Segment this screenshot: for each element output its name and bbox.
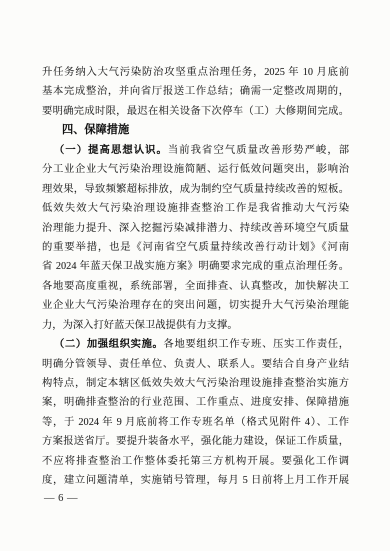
text-line: 治理能力提升、深入挖掘污染减排潜力、持续改善环境空气质量 xyxy=(42,219,349,238)
text-line: 省 2024 年蓝天保卫战实施方案》明确要求完成的重点治理任务。 xyxy=(42,257,349,276)
text-line: 构特点，制定本辖区低效失效大气污染治理设施排查整治实施方 xyxy=(42,374,349,393)
text-line: （二）加强组织实施。各地要组织工作专班、压实工作责任， xyxy=(42,335,349,354)
text-line: 基本完成整治，并向省厅报送工作总结；确需一定整改周期的， xyxy=(42,82,349,101)
text-line: 度，建立问题清单，实施销号管理，每月 5 日前将上月工作开展 xyxy=(42,471,349,490)
text-line: 各地要高度重视，系统部署，全面排查、认真整改，加快解决工 xyxy=(42,277,349,296)
text-line: 升任务纳入大气污染防治攻坚重点治理任务，2025 年 10 月底前 xyxy=(42,63,349,82)
document-body: 升任务纳入大气污染防治攻坚重点治理任务，2025 年 10 月底前基本完成整治，… xyxy=(42,63,349,491)
text-line: 力，为深入打好蓝天保卫战提供有力支撑。 xyxy=(42,316,349,335)
text-line: 业企业大气污染治理存在的突出问题，切实提升大气污染治理能 xyxy=(42,296,349,315)
text-line: （一）提高思想认识。当前我省空气质量改善形势严峻，部 xyxy=(42,141,349,160)
text-line: 方案报送省厅。要提升装备水平，强化能力建设，保证工作质量， xyxy=(42,432,349,451)
text-line: 不应将排查整治工作整体委托第三方机构开展。要强化工作调 xyxy=(42,452,349,471)
run-in-heading: （一）提高思想认识。 xyxy=(54,145,168,156)
text-line: 的重要举措，也是《河南省空气质量持续改善行动计划》《河南 xyxy=(42,238,349,257)
text-line: 明确分管领导、责任单位、负责人、联系人。要结合自身产业结 xyxy=(42,355,349,374)
text-line: 案，明确排查整治的行业范围、工作重点、进度安排、保障措施 xyxy=(42,393,349,412)
document-page: 升任务纳入大气污染防治攻坚重点治理任务，2025 年 10 月底前基本完成整治，… xyxy=(0,0,390,551)
text-line: 分工业企业大气污染治理设施简陋、运行低效问题突出，影响治 xyxy=(42,160,349,179)
section-heading: 四、保障措施 xyxy=(42,121,349,140)
text-line: 低效失效大气污染治理设施排查整治工作是我省推动大气污染 xyxy=(42,199,349,218)
text-line: 要明确完成时限，最迟在相关设备下次停车（工）大修期间完成。 xyxy=(42,102,349,121)
text-line: 等，于 2024 年 9 月底前将工作专班名单（格式见附件 4）、工作 xyxy=(42,413,349,432)
text-line: 理效果，导致频繁超标排放，成为制约空气质量持续改善的短板。 xyxy=(42,180,349,199)
page-number: — 6 — xyxy=(44,493,78,504)
run-in-heading: （二）加强组织实施。 xyxy=(54,339,164,350)
